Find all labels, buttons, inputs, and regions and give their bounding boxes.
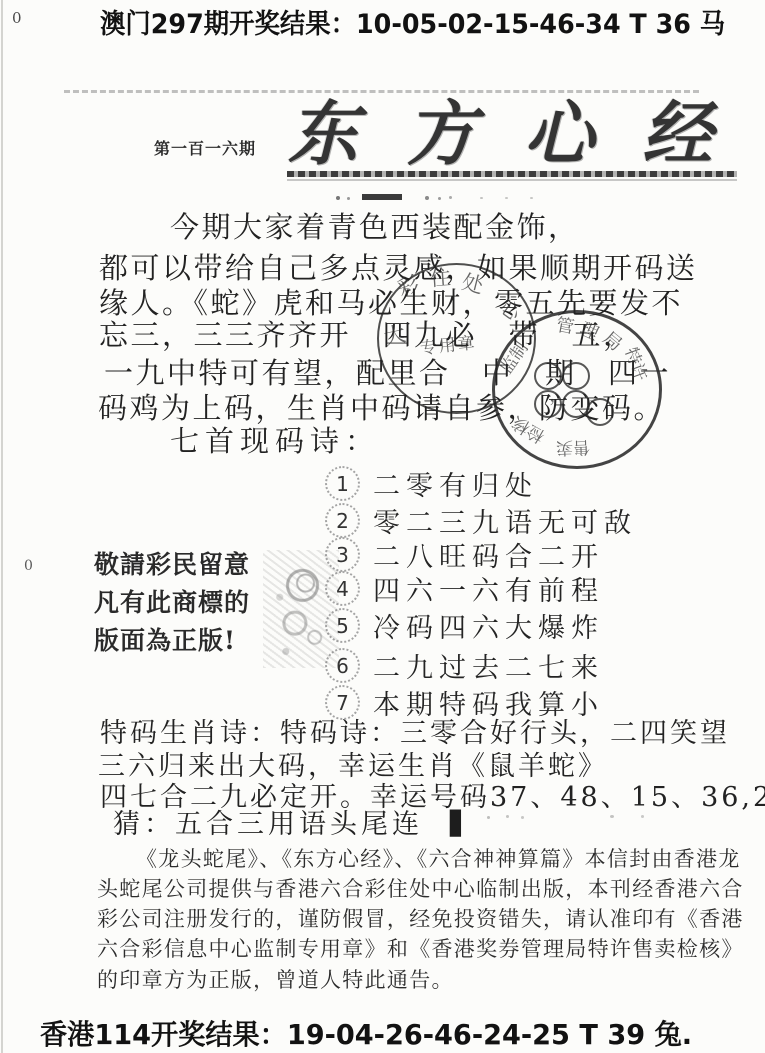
- stamp-ring: [562, 362, 590, 390]
- ink-dot: [487, 816, 490, 819]
- ink-dot: [480, 197, 483, 199]
- legal-line: 彩公司注册发行的，谨防假冒，经免投资错失，请认准印有《香港: [97, 907, 744, 931]
- stamp-character: 住: [429, 267, 451, 289]
- ink-dot: [505, 197, 508, 199]
- stamp-character: 售卖: [556, 437, 591, 455]
- trademark-logo: [263, 550, 339, 668]
- stamp-character: 大: [382, 324, 408, 350]
- poem-number-badge: 2: [325, 503, 360, 538]
- notice-line: 凡有此商標的: [94, 589, 250, 618]
- notice-line: 敬請彩民留意: [94, 551, 250, 580]
- poem-text: 冷码四六大爆炸: [373, 606, 604, 645]
- poem-item: 7 本期特码我算小: [325, 683, 604, 722]
- ink-dot: [610, 815, 614, 818]
- ink-dot: [438, 197, 441, 200]
- hongkong-result-line: 香港114开奖结果：19-04-26-46-24-25 T 39 兔.: [40, 1019, 692, 1051]
- issue-number: 第一百一六期: [154, 140, 256, 158]
- intro-line: 今期大家着青色西装配金饰，: [170, 211, 580, 244]
- poem-text: 二九过去二七来: [373, 646, 604, 685]
- ink-dot: [449, 196, 452, 199]
- poems-heading: 七首现码诗：: [170, 425, 380, 458]
- legal-line: 头蛇尾公司提供与香港六合彩住处中心临制出版，本刊经香港六合: [97, 877, 744, 901]
- notice-line: 版面為正版!: [94, 627, 236, 656]
- ink-dot: [425, 196, 429, 200]
- poem-item: 5 冷码四六大爆炸: [325, 606, 604, 645]
- ink-dot: [506, 815, 509, 818]
- margin-mark-side: 0: [24, 558, 33, 574]
- stamp-ring: [534, 362, 562, 390]
- title-underline: [287, 171, 737, 177]
- ink-bar: [362, 194, 402, 200]
- legal-line: 《龙头蛇尾》、《东方心经》、《六合神神算篇》本信封由香港龙: [136, 847, 741, 871]
- legal-line: 六合彩信息中心监制专用章》和《香港奖券管理局特许售卖检核》: [97, 937, 744, 961]
- poem-item: 1 二零有归处: [325, 464, 538, 503]
- stamp-ring: [534, 390, 562, 418]
- stamp-ring: [586, 398, 614, 426]
- poem-text: 本期特码我算小: [373, 683, 604, 722]
- masthead-title: 东方心经: [288, 94, 760, 175]
- poem-item: 4 四六一六有前程: [325, 569, 604, 608]
- poem-number-badge: 7: [325, 685, 360, 720]
- poem-text: 四六一六有前程: [373, 569, 604, 608]
- title-underline-thin: [287, 179, 737, 181]
- ink-dot: [347, 197, 350, 200]
- poem-text: 二零有归处: [373, 464, 538, 503]
- stamp-character: 管: [555, 317, 576, 338]
- ink-dot: [641, 815, 644, 818]
- zodiac-line: 猜：五合三用语头尾连: [113, 809, 423, 840]
- zodiac-line: 特码生肖诗：特码诗：三零合好行头，二四笑望: [100, 718, 730, 749]
- partial-glyph-smudge: ▋: [450, 811, 468, 837]
- scanned-lottery-tip-sheet: 0 0 澳门297期开奖结果：10-05-02-15-46-34 T 36 马 …: [0, 0, 765, 1053]
- zodiac-line: 三六归来出大码，幸运生肖《鼠羊蛇》: [98, 751, 608, 782]
- poem-item: 6 二九过去二七来: [325, 646, 604, 685]
- ink-dot: [336, 196, 340, 200]
- macau-result-line: 澳门297期开奖结果：10-05-02-15-46-34 T 36 马: [100, 9, 725, 40]
- margin-mark-top: 0: [12, 10, 22, 27]
- ink-dot: [521, 816, 524, 819]
- ink-dot: [530, 197, 533, 199]
- legal-line: 的印章方为正版，曾道人特此通告。: [97, 968, 454, 992]
- poem-number-badge: 1: [325, 466, 360, 501]
- scan-edge-line: [1, 0, 3, 1053]
